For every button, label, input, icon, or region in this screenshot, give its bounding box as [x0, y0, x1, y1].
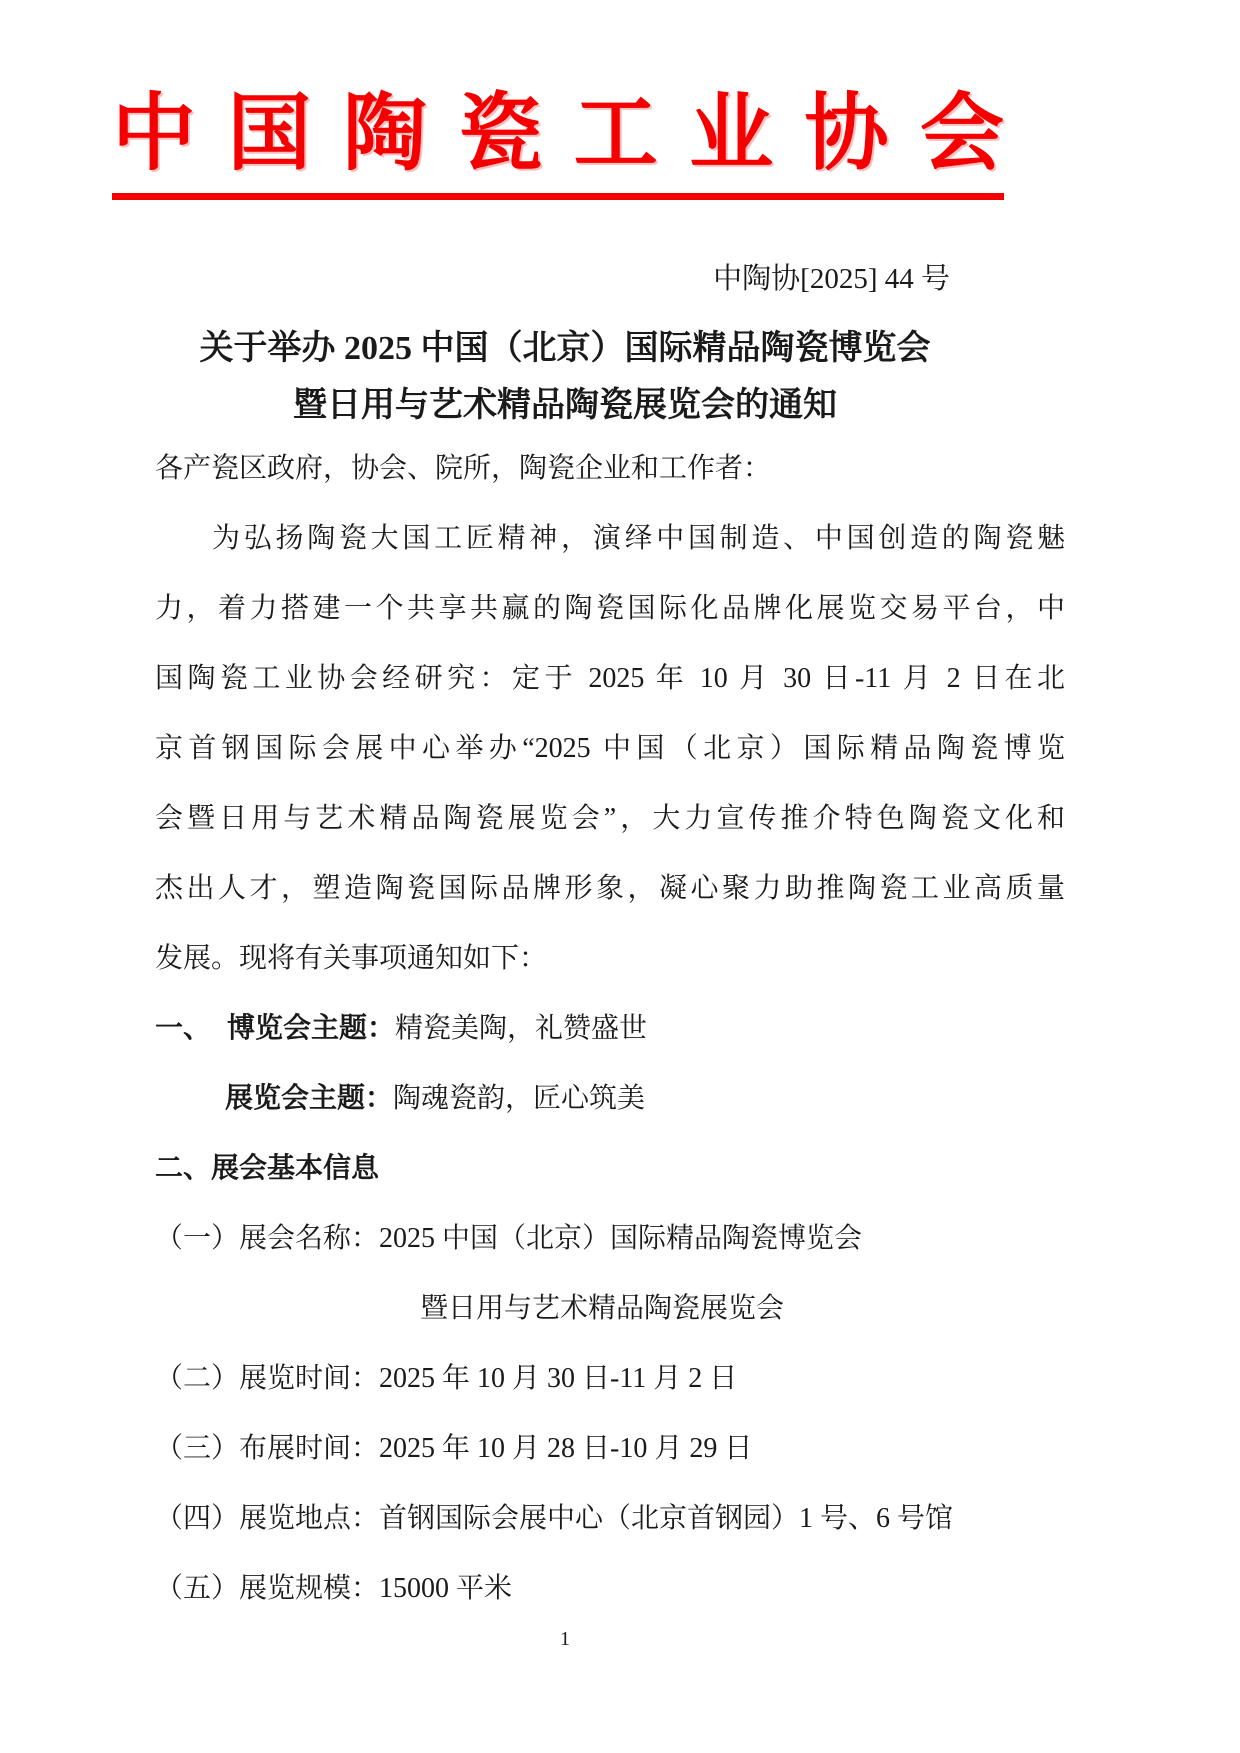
section-1b-theme: 展览会主题：陶魂瓷韵，匠心筑美 [155, 1064, 1065, 1134]
info-item-exhibition-time: （二）展览时间：2025 年 10 月 30 日-11 月 2 日 [155, 1344, 1065, 1414]
info-item-value: 2025 年 10 月 28 日-10 月 29 日 [379, 1433, 752, 1464]
info-item-name: （一）展会名称：2025 中国（北京）国际精品陶瓷博览会 [155, 1204, 1065, 1274]
doc-number: 中陶协[2025] 44 号 [155, 262, 950, 296]
section-1-value: 精瓷美陶，礼赞盛世 [395, 1013, 647, 1044]
info-item-setup-time: （三）布展时间：2025 年 10 月 28 日-10 月 29 日 [155, 1414, 1065, 1484]
title-line-2: 暨日用与艺术精品陶瓷展览会的通知 [150, 377, 980, 434]
section-2-heading: 二、展会基本信息 [155, 1134, 1065, 1204]
info-item-value: 2025 年 10 月 30 日-11 月 2 日 [379, 1363, 737, 1394]
info-item-label: （一）展会名称： [155, 1223, 379, 1254]
info-item-scale: （五）展览规模：15000 平米 [155, 1554, 1065, 1624]
section-1b-label: 展览会主题： [225, 1083, 393, 1114]
paragraph-line: 发展。现将有关事项通知如下： [155, 924, 1065, 994]
section-1b-value: 陶魂瓷韵，匠心筑美 [393, 1083, 645, 1114]
paragraph-line: 京首钢国际会展中心举办“2025 中国（北京）国际精品陶瓷博览 [155, 714, 1065, 784]
letterhead: 中 国 陶 瓷 工 业 协 会 [0, 84, 1240, 200]
letterhead-rule [112, 193, 1004, 200]
page-number: 1 [150, 1624, 980, 1654]
document-body: 各产瓷区政府，协会、院所，陶瓷企业和工作者： 为弘扬陶瓷大国工匠精神，演绎中国制… [155, 434, 1065, 1624]
section-1-theme: 一、博览会主题：精瓷美陶，礼赞盛世 [155, 994, 1065, 1064]
paragraph-line: 会暨日用与艺术精品陶瓷展览会”，大力宣传推介特色陶瓷文化和 [155, 784, 1065, 854]
section-1-label: 博览会主题： [227, 1013, 395, 1044]
paragraph-line: 力，着力搭建一个共享共赢的陶瓷国际化品牌化展览交易平台，中 [155, 574, 1065, 644]
info-item-value: 2025 中国（北京）国际精品陶瓷博览会 [379, 1223, 862, 1254]
document-page: 中 国 陶 瓷 工 业 协 会 中陶协[2025] 44 号 关于举办 2025… [0, 0, 1240, 1753]
document-title: 关于举办 2025 中国（北京）国际精品陶瓷博览会 暨日用与艺术精品陶瓷展览会的… [150, 320, 980, 434]
info-item-label: （三）布展时间： [155, 1433, 379, 1464]
info-item-label: （四）展览地点： [155, 1503, 379, 1534]
title-line-1: 关于举办 2025 中国（北京）国际精品陶瓷博览会 [150, 320, 980, 377]
info-item-name-continuation: 暨日用与艺术精品陶瓷展览会 [155, 1274, 1065, 1344]
paragraph-line: 国陶瓷工业协会经研究：定于 2025 年 10 月 30 日-11 月 2 日在… [155, 644, 1065, 714]
info-item-venue: （四）展览地点：首钢国际会展中心（北京首钢园）1 号、6 号馆 [155, 1484, 1065, 1554]
salutation: 各产瓷区政府，协会、院所，陶瓷企业和工作者： [155, 434, 1065, 504]
info-item-value: 首钢国际会展中心（北京首钢园）1 号、6 号馆 [379, 1503, 953, 1534]
info-item-label: （五）展览规模： [155, 1573, 379, 1604]
paragraph-line: 为弘扬陶瓷大国工匠精神，演绎中国制造、中国创造的陶瓷魅 [155, 504, 1065, 574]
section-1-number: 一、 [155, 994, 211, 1064]
org-name: 中 国 陶 瓷 工 业 协 会 [112, 84, 1004, 186]
info-item-value: 15000 平米 [379, 1573, 512, 1604]
info-item-label: （二）展览时间： [155, 1363, 379, 1394]
paragraph-line: 杰出人才，塑造陶瓷国际品牌形象，凝心聚力助推陶瓷工业高质量 [155, 854, 1065, 924]
